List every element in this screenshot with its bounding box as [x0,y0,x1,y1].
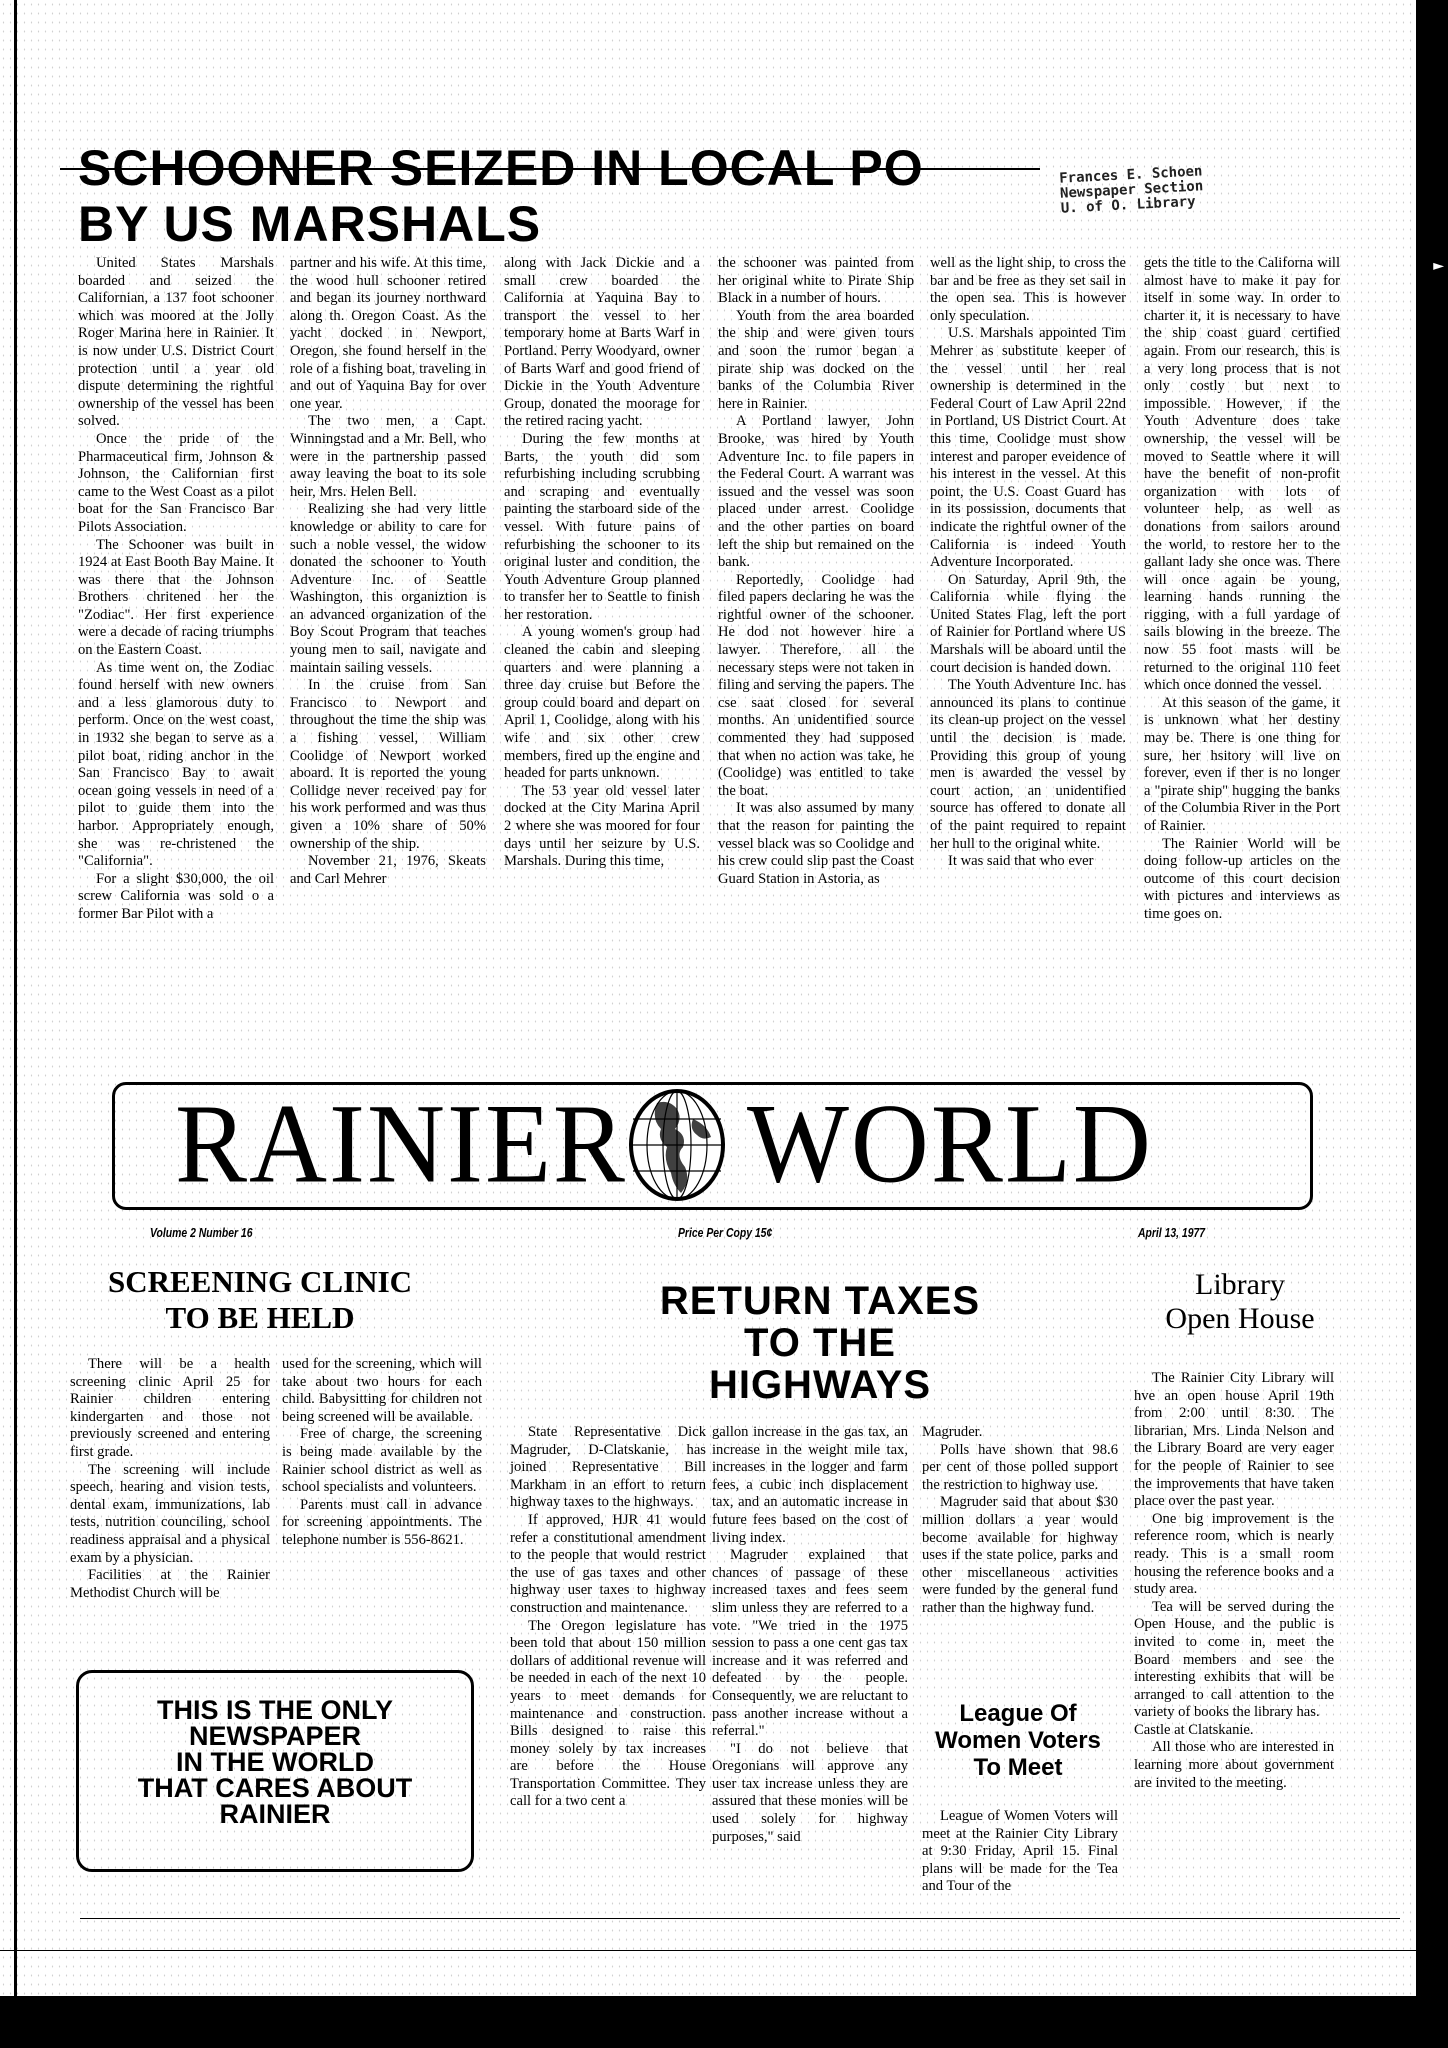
paragraph: along with Jack Dickie and a small crew … [504,255,700,431]
paragraph: Magruder said that about $30 million dol… [922,1494,1118,1617]
paragraph: A young women's group had cleaned the ca… [504,624,700,782]
paragraph: Free of charge, the screening is being m… [282,1426,482,1496]
screening-headline: SCREENING CLINIC TO BE HELD [80,1264,440,1336]
paragraph: well as the light ship, to cross the bar… [930,255,1126,325]
paragraph: Reportedly, Coolidge had filed papers de… [718,572,914,801]
taxes-headline: RETURN TAXES TO THE HIGHWAYS [630,1280,1010,1406]
screening-column-2: used for the screening, which will take … [282,1356,482,1550]
issue-date: April 13, 1977 [1138,1225,1205,1240]
paragraph: The two men, a Capt. Winningstad and a M… [290,413,486,501]
paragraph: used for the screening, which will take … [282,1356,482,1426]
taxes-headline-line2: TO THE [630,1322,1010,1364]
slogan-line: NEWSPAPER [79,1723,471,1749]
paragraph: League of Women Voters will meet at the … [922,1808,1118,1896]
screening-headline-line1: SCREENING CLINIC [80,1264,440,1300]
library-column: The Rainier City Library will hve an ope… [1134,1370,1334,1792]
paragraph: It was said that who ever [930,853,1126,871]
library-headline-line1: Library [1130,1268,1350,1302]
league-headline: League Of Women Voters To Meet [918,1700,1118,1781]
paragraph: Magruder. [922,1424,1118,1442]
bottom-rule [80,1918,1400,1919]
slogan-ad-box: THIS IS THE ONLY NEWSPAPER IN THE WORLD … [76,1670,474,1872]
paragraph: The Schooner was built in 1924 at East B… [78,537,274,660]
paragraph: U.S. Marshals appointed Tim Mehrer as su… [930,325,1126,571]
paragraph: During the few months at Barts, the yout… [504,431,700,625]
scan-edge-marker-icon: ► [1433,258,1444,274]
paragraph: Once the pride of the Pharmaceutical fir… [78,431,274,537]
masthead-box: RAINIER WORLD [112,1082,1313,1210]
paragraph: The Youth Adventure Inc. has announced i… [930,677,1126,853]
paragraph: The Rainier City Library will hve an ope… [1134,1370,1334,1511]
paragraph: It was also assumed by many that the rea… [718,800,914,888]
paragraph: All those who are interested in learning… [1134,1739,1334,1792]
main-headline-line2: BY US MARSHALS [78,196,924,252]
taxes-column-3: Magruder. Polls have shown that 98.6 per… [922,1424,1118,1618]
bottom-rule [0,1950,1416,1951]
paragraph: The 53 year old vessel later docked at t… [504,783,700,871]
screening-column-1: There will be a health screening clinic … [70,1356,270,1602]
paragraph: At this season of the game, it is unknow… [1144,695,1340,836]
paragraph: The screening will include speech, heari… [70,1462,270,1568]
paragraph: If approved, HJR 41 would refer a consti… [510,1512,706,1618]
paragraph: State Representative Dick Magruder, D-Cl… [510,1424,706,1512]
taxes-column-1: State Representative Dick Magruder, D-Cl… [510,1424,706,1811]
league-headline-line1: League Of [918,1700,1118,1727]
price-per-copy: Price Per Copy 15¢ [678,1225,772,1240]
paragraph: the schooner was painted from her origin… [718,255,914,308]
slogan-line: THAT CARES ABOUT [79,1775,471,1801]
main-story-column-2: partner and his wife. At this time, the … [290,255,486,888]
paragraph: There will be a health screening clinic … [70,1356,270,1462]
paragraph: Realizing she had very little knowledge … [290,501,486,677]
paragraph: The Oregon legislature has been told tha… [510,1618,706,1812]
slogan-text: THIS IS THE ONLY NEWSPAPER IN THE WORLD … [79,1697,471,1827]
main-story-column-4: the schooner was painted from her origin… [718,255,914,888]
paragraph: "I do not believe that Oregonians will a… [712,1741,908,1847]
library-headline-line2: Open House [1130,1302,1350,1336]
slogan-line: RAINIER [79,1801,471,1827]
main-story-column-3: along with Jack Dickie and a small crew … [504,255,700,871]
paragraph: On Saturday, April 9th, the California w… [930,572,1126,678]
library-headline: Library Open House [1130,1268,1350,1336]
league-column: League of Women Voters will meet at the … [922,1808,1118,1896]
paragraph: The Rainier World will be doing follow-u… [1144,836,1340,924]
taxes-headline-line1: RETURN TAXES [630,1280,1010,1322]
paragraph: For a slight $30,000, the oil screw Cali… [78,871,274,924]
paragraph: As time went on, the Zodiac found hersel… [78,660,274,871]
paragraph: One big improvement is the reference roo… [1134,1511,1334,1599]
library-stamp: Frances E. Schoen Newspaper Section U. o… [1059,164,1204,216]
masthead-title-left: RAINIER [175,1086,627,1204]
taxes-column-2: gallon increase in the gas tax, an incre… [712,1424,908,1846]
paragraph: Facilities at the Rainier Methodist Chur… [70,1567,270,1602]
globe-icon [627,1089,727,1201]
paragraph: United States Marshals boarded and seize… [78,255,274,431]
masthead-title-right: WORLD [747,1086,1153,1204]
paragraph: In the cruise from San Francisco to Newp… [290,677,486,853]
paragraph: A Portland lawyer, John Brooke, was hire… [718,413,914,571]
page-left-rule [14,0,17,1996]
main-story-column-6: gets the title to the Californa will alm… [1144,255,1340,924]
league-headline-line2: Women Voters [918,1727,1118,1754]
volume-number: Volume 2 Number 16 [150,1225,253,1240]
paragraph: gets the title to the Californa will alm… [1144,255,1340,695]
newspaper-page: SCHOONER SEIZED IN LOCAL PO BY US MARSHA… [0,0,1416,1996]
main-story-column-5: well as the light ship, to cross the bar… [930,255,1126,871]
paragraph: Youth from the area boarded the ship and… [718,308,914,414]
paragraph: Parents must call in advance for screeni… [282,1497,482,1550]
slogan-line: THIS IS THE ONLY [79,1697,471,1723]
headline-strike-rule [60,168,1040,170]
main-story-column-1: United States Marshals boarded and seize… [78,255,274,924]
paragraph: partner and his wife. At this time, the … [290,255,486,413]
paragraph: Tea will be served during the Open House… [1134,1599,1334,1722]
main-headline: SCHOONER SEIZED IN LOCAL PO BY US MARSHA… [78,140,924,252]
slogan-line: IN THE WORLD [79,1749,471,1775]
screening-headline-line2: TO BE HELD [80,1300,440,1336]
paragraph: gallon increase in the gas tax, an incre… [712,1424,908,1547]
paragraph: November 21, 1976, Skeats and Carl Mehre… [290,853,486,888]
taxes-headline-line3: HIGHWAYS [630,1364,1010,1406]
paragraph: Polls have shown that 98.6 per cent of t… [922,1442,1118,1495]
paragraph: Castle at Clatskanie. [1134,1722,1334,1740]
league-headline-line3: To Meet [918,1754,1118,1781]
paragraph: Magruder explained that chances of passa… [712,1547,908,1741]
